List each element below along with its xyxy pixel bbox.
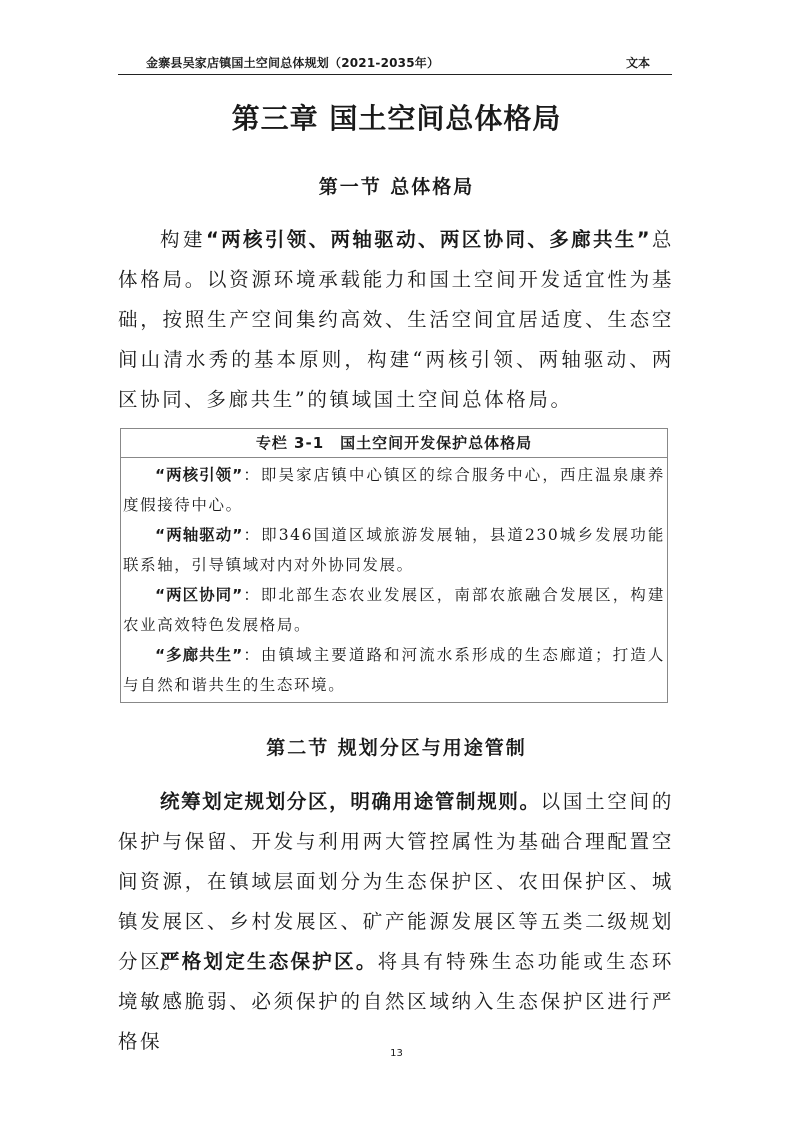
section-title-1: 第一节 总体格局 [0, 172, 793, 199]
page-header: 金寨县吴家店镇国土空间总体规划（2021-2035年） 文本 [118, 54, 672, 75]
document-type: 文本 [626, 54, 650, 71]
para-bold: “两核引领、两轴驱动、两区协同、多廊共生” [206, 228, 651, 251]
box-body: “两核引领”：即吴家店镇中心镇区的综合服务中心，西庄温泉康养度假接待中心。 “两… [121, 458, 667, 700]
box-item-multi-corridors: “多廊共生”：由镇域主要道路和河流水系形成的生态廊道；打造人与自然和谐共生的生态… [123, 640, 665, 700]
box-item-two-cores: “两核引领”：即吴家店镇中心镇区的综合服务中心，西庄温泉康养度假接待中心。 [123, 460, 665, 520]
para-rest: 总体格局。以资源环境承载能力和国土空间开发适宜性为基础，按照生产空间集约高效、生… [118, 228, 674, 411]
page-number: 13 [0, 1048, 793, 1059]
box-item-two-axes: “两轴驱动”：即346国道区域旅游发展轴，县道230城乡发展功能联系轴，引导镇域… [123, 520, 665, 580]
section-title-2: 第二节 规划分区与用途管制 [0, 733, 793, 760]
para-lead: 构建 [160, 228, 206, 251]
paragraph-ecological-zone: 严格划定生态保护区。将具有特殊生态功能或生态环境敏感脆弱、必须保护的自然区域纳入… [118, 942, 674, 1062]
box-item-two-zones: “两区协同”：即北部生态农业发展区，南部农旅融合发展区，构建农业高效特色发展格局… [123, 580, 665, 640]
para-bold: 严格划定生态保护区。 [160, 950, 378, 973]
chapter-title: 第三章 国土空间总体格局 [0, 97, 793, 137]
sidebar-box-3-1: 专栏 3-1 国土空间开发保护总体格局 “两核引领”：即吴家店镇中心镇区的综合服… [120, 428, 668, 703]
item-term: “多廊共生” [155, 646, 243, 664]
item-term: “两核引领” [155, 466, 243, 484]
para-bold: 统筹划定规划分区，明确用途管制规则。 [160, 790, 541, 813]
box-title: 专栏 3-1 国土空间开发保护总体格局 [121, 429, 667, 458]
document-title: 金寨县吴家店镇国土空间总体规划（2021-2035年） [146, 54, 439, 71]
paragraph-overall-layout: 构建“两核引领、两轴驱动、两区协同、多廊共生”总体格局。以资源环境承载能力和国土… [118, 220, 674, 420]
item-term: “两区协同” [155, 586, 243, 604]
item-term: “两轴驱动” [155, 526, 243, 544]
